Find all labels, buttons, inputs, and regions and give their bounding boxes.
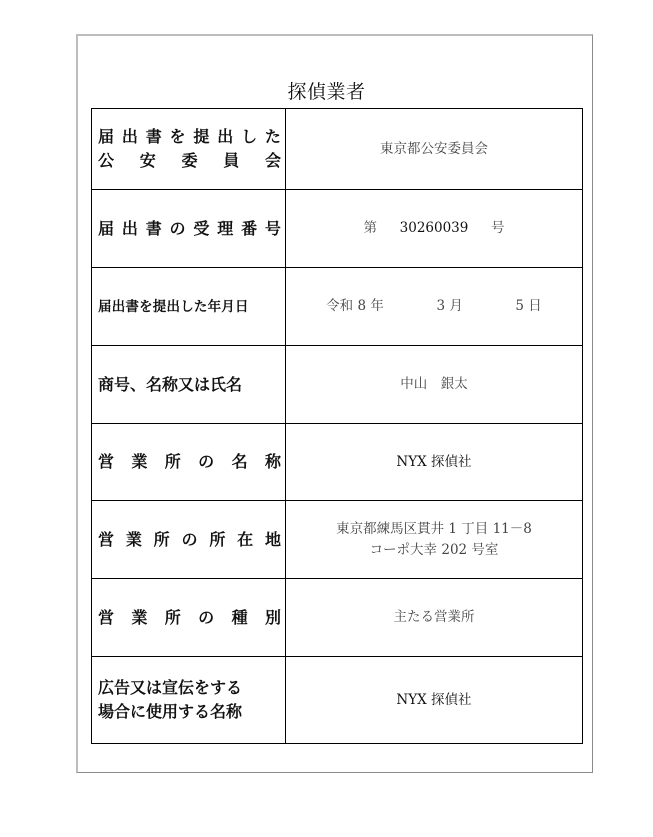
label-line-2: 公 安 委 員 会 <box>98 149 281 173</box>
label-submission-date: 届出書を提出した年月日 <box>92 268 286 346</box>
date-month: 3 月 <box>436 298 462 314</box>
label-public-safety-commission: 届 出 書 を 提 出 し た 公 安 委 員 会 <box>92 109 286 190</box>
value-business-name: 中山 銀太 <box>286 346 583 424</box>
table-row-receipt-number: 届 出 書 の 受 理 番 号 第 30260039 号 <box>92 190 583 268</box>
value-submission-date: 令和 8 年 3 月 5 日 <box>286 268 583 346</box>
value-receipt-number: 第 30260039 号 <box>286 190 583 268</box>
table-row-office-name: 営 業 所 の 名 称 NYX 探偵社 <box>92 424 583 501</box>
value-advertising-name: NYX 探偵社 <box>286 657 583 744</box>
receipt-suffix: 号 <box>491 220 505 236</box>
value-office-type: 主たる営業所 <box>286 579 583 657</box>
table-row-office-type: 営 業 所 の 種 別 主たる営業所 <box>92 579 583 657</box>
label-business-name: 商号、名称又は氏名 <box>92 346 286 424</box>
label-office-type: 営 業 所 の 種 別 <box>92 579 286 657</box>
table-row-business-name: 商号、名称又は氏名 中山 銀太 <box>92 346 583 424</box>
detective-business-form-table: 届 出 書 を 提 出 し た 公 安 委 員 会 東京都公安委員会 <box>91 108 583 744</box>
receipt-prefix: 第 <box>364 220 378 236</box>
document-title: 探偵業者 <box>0 77 653 104</box>
table-row-office-location: 営 業 所 の 所 在 地 東京都練馬区貫井 1 丁目 11－8 コーポ大幸 2… <box>92 501 583 579</box>
table-row-submission-date: 届出書を提出した年月日 令和 8 年 3 月 5 日 <box>92 268 583 346</box>
value-office-name: NYX 探偵社 <box>286 424 583 501</box>
table-row-advertising-name: 広告又は宣伝をする 場合に使用する名称 NYX 探偵社 <box>92 657 583 744</box>
value-office-location: 東京都練馬区貫井 1 丁目 11－8 コーポ大幸 202 号室 <box>286 501 583 579</box>
label-office-name: 営 業 所 の 名 称 <box>92 424 286 501</box>
date-day: 5 日 <box>515 298 541 314</box>
label-receipt-number: 届 出 書 の 受 理 番 号 <box>92 190 286 268</box>
value-public-safety-commission: 東京都公安委員会 <box>286 109 583 190</box>
table-row-public-safety-commission: 届 出 書 を 提 出 し た 公 安 委 員 会 東京都公安委員会 <box>92 109 583 190</box>
label-advertising-name: 広告又は宣伝をする 場合に使用する名称 <box>92 657 286 744</box>
label-office-location: 営 業 所 の 所 在 地 <box>92 501 286 579</box>
date-era-year: 令和 8 年 <box>326 298 384 314</box>
address-line-1: 東京都練馬区貫井 1 丁目 11－8 <box>286 519 582 540</box>
receipt-number: 30260039 <box>400 220 469 236</box>
address-line-2: コーポ大幸 202 号室 <box>286 540 582 561</box>
label-line-1: 届 出 書 を 提 出 し た <box>98 125 281 149</box>
